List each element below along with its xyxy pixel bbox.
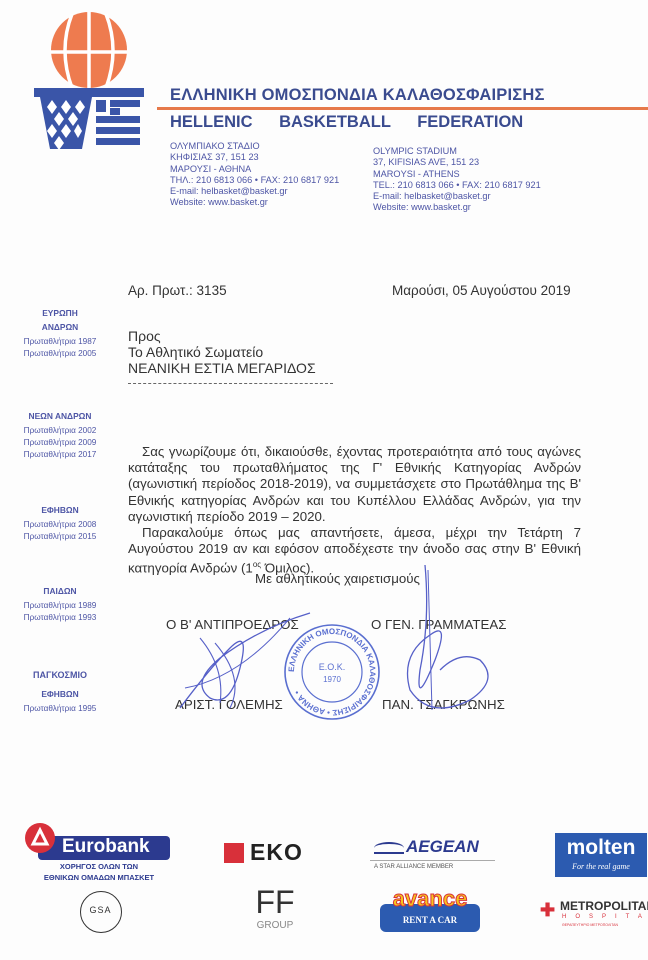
recipient-name: ΝΕΑΝΙΚΗ ΕΣΤΙΑ ΜΕΓΑΡΙΔΟΣ (128, 360, 316, 376)
sponsor-eurobank: Eurobank ΧΟΡΗΓΟΣ ΟΛΩΝ ΤΩΝ ΕΘΝΙΚΩΝ ΟΜΑΔΩΝ… (24, 822, 174, 886)
sidebar-heading: ΠΑΓΚΟΣΜΙΟ (10, 670, 110, 680)
avance-name: avance (380, 886, 480, 912)
email-line: E-mail: helbasket@basket.gr (170, 186, 339, 197)
sidebar-item: Πρωταθλήτρια 2002 (10, 425, 110, 437)
sidebar-item: Πρωταθλήτρια 2005 (10, 348, 110, 360)
sidebar-heading: ΑΝΔΡΩΝ (10, 322, 110, 332)
sidebar-heading: ΝΕΩΝ ΑΝΔΡΩΝ (10, 411, 110, 421)
aegean-bird-icon (374, 842, 404, 854)
ff-sub: GROUP (245, 920, 305, 931)
aegean-divider (370, 860, 495, 861)
sidebar-heading: ΕΦΗΒΩΝ (10, 689, 110, 699)
letter-date: Μαρούσι, 05 Αυγούστου 2019 (392, 283, 571, 298)
sidebar-item: Πρωταθλήτρια 2015 (10, 531, 110, 543)
org-name-greek: ΕΛΛΗΝΙΚΗ ΟΜΟΣΠΟΝΔΙΑ ΚΑΛΑΘΟΣΦΑΙΡΙΣΗΣ (170, 86, 545, 105)
sidebar-item: Πρωταθλήτρια 1993 (10, 612, 110, 624)
eko-name: EKO (250, 839, 303, 866)
address-line: ΚΗΦΙΣΙΑΣ 37, 151 23 (170, 152, 339, 163)
sponsor-avance: avance RENT A CAR (380, 890, 480, 932)
dashed-separator (128, 383, 333, 384)
basketball-hoop-logo-icon (34, 12, 144, 152)
address-line: MAROYSI - ATHENS (373, 169, 541, 180)
sponsor-molten: molten For the real game (555, 833, 647, 877)
sidebar-group-europe-men: ΕΥΡΩΠΗ ΑΝΔΡΩΝ Πρωταθλήτρια 1987 Πρωταθλή… (10, 308, 110, 360)
recipient-line: Το Αθλητικό Σωματείο (128, 344, 316, 360)
sidebar-heading: ΠΑΙΔΩΝ (10, 586, 110, 596)
sidebar-heading: ΕΦΗΒΩΝ (10, 505, 110, 515)
address-line: 37, KIFISIAS AVE, 151 23 (373, 157, 541, 168)
website-line: Website: www.basket.gr (170, 197, 339, 208)
sidebar-group-juniors: ΕΦΗΒΩΝ Πρωταθλήτρια 2008 Πρωταθλήτρια 20… (10, 505, 110, 543)
address-english: OLYMPIC STADIUM 37, KIFISIAS AVE, 151 23… (373, 146, 541, 214)
paragraph-1: Σας γνωρίζουμε ότι, δικαιούσθε, έχοντας … (128, 444, 581, 525)
signature-left-icon (170, 608, 330, 723)
header-divider (157, 107, 648, 110)
sidebar-item: Πρωταθλήτρια 2009 (10, 437, 110, 449)
address-line: ΟΛΥΜΠΙΑΚΟ ΣΤΑΔΙΟ (170, 141, 339, 152)
sidebar-item: Πρωταθλήτρια 2017 (10, 449, 110, 461)
recipient-line: Προς (128, 328, 316, 344)
paragraph-2: Παρακαλούμε όπως μας απαντήσετε, άμεσα, … (128, 525, 581, 577)
address-line: OLYMPIC STADIUM (373, 146, 541, 157)
aegean-sub: A STAR ALLIANCE MEMBER (374, 864, 453, 870)
metropolitan-name: METROPOLITAN (560, 899, 648, 913)
metropolitan-sub-2: ΘΕΡΑΠΕΥΤΗΡΙΟ ΜΕΤΡΟΠΟΛΙΤΑΝ (562, 923, 618, 927)
address-greek: ΟΛΥΜΠΙΑΚΟ ΣΤΑΔΙΟ ΚΗΦΙΣΙΑΣ 37, 151 23 ΜΑΡ… (170, 141, 339, 209)
sponsor-metropolitan-hospital: ✚ METROPOLITAN HOSPITAL ΘΕΡΑΠΕΥΤΗΡΙΟ ΜΕΤ… (538, 896, 648, 930)
website-line: Website: www.basket.gr (373, 202, 541, 213)
sidebar-group-cadets: ΠΑΙΔΩΝ Πρωταθλήτρια 1989 Πρωταθλήτρια 19… (10, 586, 110, 624)
sidebar-item: Πρωταθλήτρια 1989 (10, 600, 110, 612)
eko-mark-icon (224, 843, 244, 863)
superscript: ος (253, 560, 261, 569)
metropolitan-sub: HOSPITAL (562, 914, 648, 920)
gsa-name: GSA (81, 905, 120, 915)
recipient-block: Προς Το Αθλητικό Σωματείο ΝΕΑΝΙΚΗ ΕΣΤΙΑ … (128, 328, 316, 376)
ff-name: FF (245, 884, 305, 921)
address-line: ΜΑΡΟΥΣΙ - ΑΘΗΝΑ (170, 164, 339, 175)
eurobank-sub-1: ΧΟΡΗΓΟΣ ΟΛΩΝ ΤΩΝ (24, 862, 174, 871)
sidebar-group-world-juniors: ΠΑΓΚΟΣΜΙΟ ΕΦΗΒΩΝ Πρωταθλήτρια 1995 (10, 670, 110, 715)
sidebar-item: Πρωταθλήτρια 1995 (10, 703, 110, 715)
phone-fax-line: ΤΗΛ.: 210 6813 066 • FAX: 210 6817 921 (170, 175, 339, 186)
sponsor-ff-group: FF GROUP (245, 886, 305, 934)
phone-fax-line: TEL.: 210 6813 066 • FAX: 210 6817 921 (373, 180, 541, 191)
sidebar-group-young-men: ΝΕΩΝ ΑΝΔΡΩΝ Πρωταθλήτρια 2002 Πρωταθλήτρ… (10, 411, 110, 461)
sidebar-heading: ΕΥΡΩΠΗ (10, 308, 110, 318)
metropolitan-cross-icon: ✚ (540, 900, 555, 921)
sidebar-item: Πρωταθλήτρια 2008 (10, 519, 110, 531)
signature-right-icon (380, 560, 510, 725)
org-name-english: HELLENIC BASKETBALL FEDERATION (170, 113, 523, 132)
letter-body: Σας γνωρίζουμε ότι, δικαιούσθε, έχοντας … (128, 444, 581, 577)
molten-sub: For the real game (555, 862, 647, 871)
avance-sub: RENT A CAR (380, 915, 480, 925)
sponsor-aegean: AEGEAN A STAR ALLIANCE MEMBER (370, 834, 505, 876)
paragraph-2-text: Παρακαλούμε όπως μας απαντήσετε, άμεσα, … (128, 525, 581, 576)
molten-name: molten (555, 836, 647, 860)
eurobank-name: Eurobank (62, 836, 150, 858)
sponsor-eko: EKO (222, 838, 332, 868)
protocol-number: Αρ. Πρωτ.: 3135 (128, 283, 227, 298)
eurobank-sub-2: ΕΘΝΙΚΩΝ ΟΜΑΔΩΝ ΜΠΑΣΚΕΤ (24, 873, 174, 882)
sponsor-gsa: GSA (80, 891, 122, 933)
email-line: E-mail: helbasket@basket.gr (373, 191, 541, 202)
aegean-name: AEGEAN (406, 837, 479, 857)
sidebar-item: Πρωταθλήτρια 1987 (10, 336, 110, 348)
